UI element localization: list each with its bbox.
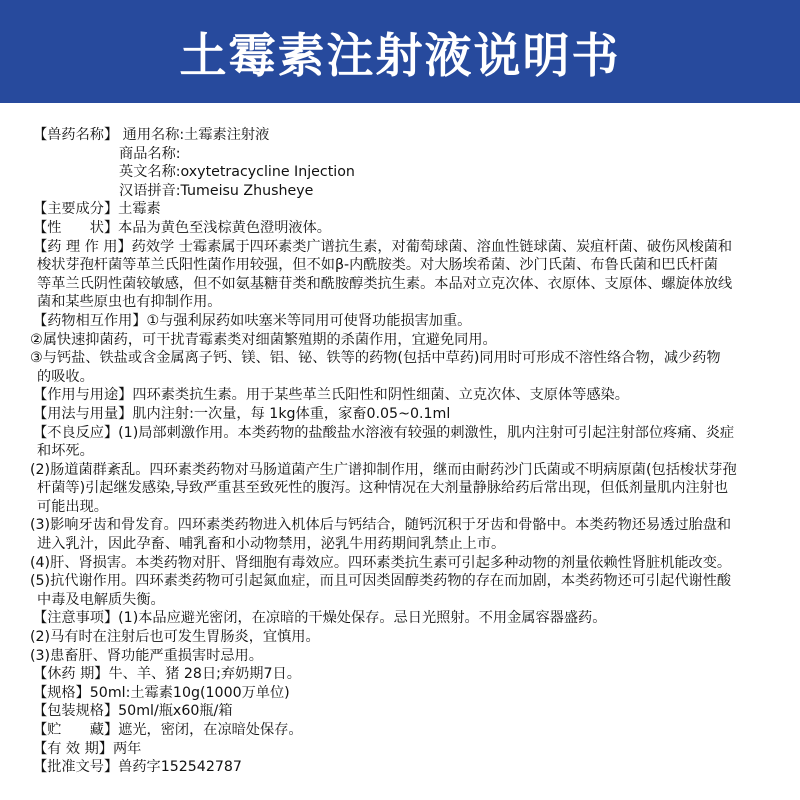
adverse-reactions-text: 杆菌等)引起继发感染,导致严重甚至致死性的腹泻。这种情况在大剂量静脉给药后常出现… bbox=[0, 479, 800, 498]
specification-row: 【规格】50ml:土霉素10g(1000万单位) bbox=[0, 684, 800, 703]
packaging-row: 【包装规格】50ml/瓶x60瓶/箱 bbox=[0, 702, 800, 721]
precautions-row: 【注意事项】(1)本品应避光密闭，在凉暗的干燥处保存。忌日光照射。不用金属容器盛… bbox=[0, 609, 800, 628]
adverse-reactions-text: (2)肠道菌群紊乱。四环素类药物对马肠道菌产生广谱抑制作用，继而由耐药沙门氏菌或… bbox=[0, 461, 800, 480]
storage-row: 【贮 藏】遮光，密闭，在凉暗处保存。 bbox=[0, 721, 800, 740]
precautions-text: (2)马有时在注射后也可发生胃肠炎，宜慎用。 bbox=[0, 628, 800, 647]
specification-value: 50ml:土霉素10g(1000万单位) bbox=[90, 685, 290, 701]
pharmacology-text: 药效学 士霉素属于四环素类广谱抗生素，对葡萄球菌、溶血性链球菌、炭疽杆菌、破伤风… bbox=[132, 239, 732, 255]
pharmacology-text: 菌和某些原虫也有抑制作用。 bbox=[0, 293, 800, 312]
packaging-value: 50ml/瓶x60瓶/箱 bbox=[118, 703, 232, 719]
instruction-body: 【兽药名称】 通用名称:土霉素注射液 商品名称: 英文名称:oxytetracy… bbox=[0, 126, 800, 777]
interactions-text: ①与强利尿药如呋塞米等同用可使肾功能损害加重。 bbox=[147, 313, 472, 329]
indications-value: 四环素类抗生素。用于某些革兰氏阳性和阴性细菌、立克次体、支原体等感染。 bbox=[132, 387, 629, 403]
dosage-row: 【用法与用量】肌内注射:一次量，每 1kg体重，家畜0.05~0.1ml bbox=[0, 405, 800, 424]
packaging-label: 【包装规格】 bbox=[33, 703, 118, 719]
withdrawal-period-row: 【休药 期】牛、羊、猪 28日;弃奶期7日。 bbox=[0, 665, 800, 684]
interactions-text: ②属快速抑菌药，可干扰青霉素类对细菌繁殖期的杀菌作用，宜避免同用。 bbox=[0, 331, 800, 350]
main-ingredient-row: 【主要成分】土霉素 bbox=[0, 200, 800, 219]
appearance-label: 【性 状】 bbox=[33, 220, 118, 236]
storage-label: 【贮 藏】 bbox=[33, 722, 118, 738]
main-ingredient-value: 土霉素 bbox=[118, 201, 161, 217]
approval-number-value: 兽药字152542787 bbox=[118, 759, 242, 775]
drug-name-label: 【兽药名称】 bbox=[33, 127, 118, 143]
header-banner: 土霉素注射液说明书 bbox=[0, 0, 800, 103]
approval-number-label: 【批准文号】 bbox=[33, 759, 118, 775]
appearance-value: 本品为黄色至浅棕黄色澄明液体。 bbox=[118, 220, 331, 236]
adverse-reactions-text: (1)局部刺激作用。本类药物的盐酸盐水溶液有较强的刺激性，肌内注射可引起注射部位… bbox=[118, 425, 734, 441]
interactions-row: 【药物相互作用】①与强利尿药如呋塞米等同用可使肾功能损害加重。 bbox=[0, 312, 800, 331]
pharmacology-row: 【药 理 作 用】药效学 士霉素属于四环素类广谱抗生素，对葡萄球菌、溶血性链球菌… bbox=[0, 238, 800, 257]
pharmacology-text: 等革兰氏阴性菌较敏感，但不如氨基糖苷类和酰胺醇类抗生素。本品对立克次体、衣原体、… bbox=[0, 275, 800, 294]
validity-value: 两年 bbox=[113, 741, 141, 757]
adverse-reactions-text: 进入乳汁，因此孕畜、哺乳畜和小动物禁用，泌乳牛用药期间乳禁止上市。 bbox=[0, 535, 800, 554]
main-ingredient-label: 【主要成分】 bbox=[33, 201, 118, 217]
precautions-label: 【注意事项】 bbox=[33, 610, 118, 626]
pharmacology-label: 【药 理 作 用】 bbox=[33, 239, 132, 255]
specification-label: 【规格】 bbox=[33, 685, 90, 701]
generic-name: 通用名称:土霉素注射液 bbox=[123, 127, 270, 143]
pinyin-name: 汉语拼音:Tumeisu Zhusheye bbox=[0, 182, 800, 201]
adverse-reactions-label: 【不良反应】 bbox=[33, 425, 118, 441]
adverse-reactions-text: (5)抗代谢作用。四环素类药物可引起氮血症，而且可因类固醇类药物的存在而加剧，本… bbox=[0, 572, 800, 591]
dosage-label: 【用法与用量】 bbox=[33, 406, 132, 422]
adverse-reactions-text: 和坏死。 bbox=[0, 442, 800, 461]
withdrawal-period-label: 【休药 期】 bbox=[33, 666, 108, 682]
adverse-reactions-text: (3)影响牙齿和骨发育。四环素类药物进入机体后与钙结合，随钙沉积于牙齿和骨骼中。… bbox=[0, 516, 800, 535]
interactions-text: ③与钙盐、铁盐或含金属离子钙、镁、铝、铋、铁等的药物(包括中草药)同用时可形成不… bbox=[0, 349, 800, 368]
validity-label: 【有 效 期】 bbox=[33, 741, 113, 757]
storage-value: 遮光，密闭，在凉暗处保存。 bbox=[118, 722, 302, 738]
page-title: 土霉素注射液说明书 bbox=[180, 19, 621, 86]
validity-row: 【有 效 期】两年 bbox=[0, 740, 800, 759]
dosage-value: 肌内注射:一次量，每 1kg体重，家畜0.05~0.1ml bbox=[132, 406, 450, 422]
english-name: 英文名称:oxytetracycline Injection bbox=[0, 163, 800, 182]
adverse-reactions-row: 【不良反应】(1)局部刺激作用。本类药物的盐酸盐水溶液有较强的刺激性，肌内注射可… bbox=[0, 424, 800, 443]
adverse-reactions-text: (4)肝、肾损害。本类药物对肝、肾细胞有毒效应。四环素类抗生素可引起多种动物的剂… bbox=[0, 554, 800, 573]
approval-number-row: 【批准文号】兽药字152542787 bbox=[0, 758, 800, 777]
adverse-reactions-text: 可能出现。 bbox=[0, 498, 800, 517]
pharmacology-text: 梭状芽孢杆菌等革兰氏阳性菌作用较强，但不如β-内酰胺类。对大肠埃希菌、沙门氏菌、… bbox=[0, 256, 800, 275]
interactions-label: 【药物相互作用】 bbox=[33, 313, 147, 329]
precautions-text: (1)本品应避光密闭，在凉暗的干燥处保存。忌日光照射。不用金属容器盛药。 bbox=[118, 610, 606, 626]
indications-label: 【作用与用途】 bbox=[33, 387, 132, 403]
precautions-text: (3)患畜肝、肾功能严重损害时忌用。 bbox=[0, 647, 800, 666]
adverse-reactions-text: 中毒及电解质失衡。 bbox=[0, 591, 800, 610]
drug-name-row: 【兽药名称】 通用名称:土霉素注射液 bbox=[0, 126, 800, 145]
appearance-row: 【性 状】本品为黄色至浅棕黄色澄明液体。 bbox=[0, 219, 800, 238]
indications-row: 【作用与用途】四环素类抗生素。用于某些革兰氏阳性和阴性细菌、立克次体、支原体等感… bbox=[0, 386, 800, 405]
withdrawal-period-value: 牛、羊、猪 28日;弃奶期7日。 bbox=[108, 666, 300, 682]
interactions-text: 的吸收。 bbox=[0, 368, 800, 387]
trade-name: 商品名称: bbox=[0, 145, 800, 164]
